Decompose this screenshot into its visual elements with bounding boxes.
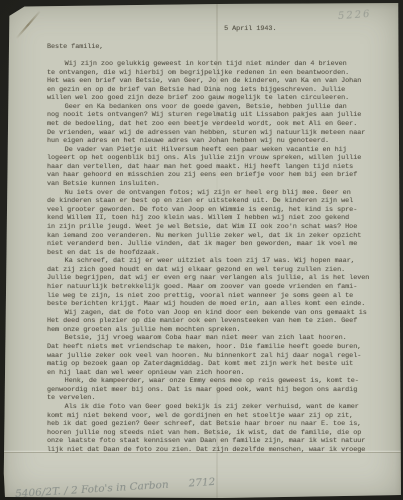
- letter-content: 5 April 1943. Beste familie, Wij zijn zo…: [47, 25, 369, 455]
- letter-line: kan iemand zoo veranderen. Nu merken jul…: [47, 232, 369, 241]
- letter-line: kend Willem II, toen hij zoo klein was. …: [47, 214, 369, 223]
- paragraph: Henk, de kampeerder, waar onze Emmy eens…: [47, 377, 369, 403]
- letter-line: en hij laat dan wel weer opnieuw van zic…: [47, 369, 369, 378]
- letter-line: hem onze groeten als jullie hem mochten …: [47, 326, 369, 335]
- paragraph: Wij zijn zoo gelukkig geweest in korten …: [47, 60, 369, 103]
- letter-line: De vrienden, waar wij de adressen van he…: [47, 129, 369, 138]
- archive-number-annotation: 5226: [337, 9, 371, 22]
- letter-line: hier natuurlijk betrekkelijk goed. Maar …: [47, 283, 369, 292]
- letter-line: beste berichten krijgt. Maar wij houden …: [47, 300, 369, 309]
- letter-line: nog nooit iets ontvangen? Wij sturen reg…: [47, 111, 369, 120]
- paragraph: Als ik die foto van Geer goed bekijk is …: [47, 403, 369, 454]
- letter-line: De vader van Pietje uit Hilversum heeft …: [47, 146, 369, 155]
- letter-line: te ontvangen, die wij hierbij om begrijp…: [47, 69, 369, 78]
- letter-line: Wij zagen, dat de foto van Joop en kind …: [47, 309, 369, 318]
- letter-line: heb ik dat goed gezien? Geer schreef, da…: [47, 420, 369, 429]
- letter-line: niet veranderd ben. Jullie vinden, dat i…: [47, 240, 369, 249]
- corner-crease: [15, 11, 40, 39]
- letter-line: te vervelen.: [47, 394, 369, 403]
- letter-line: logeert op het oogenblik bij ons. Als ju…: [47, 154, 369, 163]
- letter-line: Het deed ons plezier op die manier ook e…: [47, 317, 369, 326]
- photo-background: 5226 5 April 1943. Beste familie, Wij zi…: [0, 0, 403, 500]
- paragraph: De vader van Pietje uit Hilversum heeft …: [47, 146, 369, 189]
- letter-paper: 5226 5 April 1943. Beste familie, Wij zi…: [3, 3, 401, 498]
- paragraph: Geer en Ka bedanken ons voor de goede ga…: [47, 103, 369, 146]
- letter-line: haar dan vertellen, dat haar man het goe…: [47, 163, 369, 172]
- letter-line: de kinderen staan er best op en zien er …: [47, 197, 369, 206]
- letter-line: lijk niet dat Daan de foto zou zien. Dat…: [47, 446, 369, 455]
- paragraph: Ka schreef, dat zij er weer uitziet als …: [47, 257, 369, 308]
- letter-line: Ka schreef, dat zij er weer uitziet als …: [47, 257, 369, 266]
- letter-line: Henk, de kampeerder, waar onze Emmy eens…: [47, 377, 369, 386]
- letter-line: matig op bezoek gaan op Zaterdagmiddag. …: [47, 360, 369, 369]
- letter-line: van haar gehoord en misschien zou zij ee…: [47, 171, 369, 180]
- letter-date: 5 April 1943.: [224, 25, 369, 34]
- paragraph: Nu iets over de ontvangen fotos; wij zij…: [47, 189, 369, 258]
- letter-line: Betsie, jij vroeg waarom Coba haar man n…: [47, 334, 369, 343]
- letter-line: Nu iets over de ontvangen fotos; wij zij…: [47, 189, 369, 198]
- letter-line: dat zij zich goed houdt en dat wij elkaa…: [47, 266, 369, 275]
- letter-line: willen wel zoo goed zijn deze brief zoo …: [47, 94, 369, 103]
- letter-line: veel grooter geworden. De foto van Joop …: [47, 206, 369, 215]
- letter-line: genwoordig niet meer bij ons. Dat is maa…: [47, 386, 369, 395]
- letter-line: en gezin en op de brief van Betsie had D…: [47, 86, 369, 95]
- letter-line: hooren jullie nog steeds niet van hem. B…: [47, 429, 369, 438]
- letter-line: best en dat is de hoofdzaak.: [47, 249, 369, 258]
- paragraph: Betsie, jij vroeg waarom Coba haar man n…: [47, 334, 369, 377]
- letter-line: Het was een brief van Betsie, van Geer, …: [47, 77, 369, 86]
- letter-body: Wij zijn zoo gelukkig geweest in korten …: [47, 60, 369, 455]
- paragraph: Wij zagen, dat de foto van Joop en kind …: [47, 309, 369, 335]
- letter-line: Als ik die foto van Geer goed bekijk is …: [47, 403, 369, 412]
- letter-line: waar jullie zeker ook veel van hooren. N…: [47, 352, 369, 361]
- letter-line: Wij zijn zoo gelukkig geweest in korten …: [47, 60, 369, 69]
- letter-line: met de bedoeling, dat het zoo een beetje…: [47, 120, 369, 129]
- letter-line: lie weg te zijn, is niet zoo prettig, vo…: [47, 292, 369, 301]
- letter-line: onze laatste foto staat kennissen van Da…: [47, 437, 369, 446]
- letter-salutation: Beste familie,: [47, 43, 369, 52]
- letter-line: komt mij niet bekend voor, wel de gordij…: [47, 412, 369, 421]
- letter-line: Jullie begrijpen, dat wij er even erg na…: [47, 274, 369, 283]
- letter-line: Dat heeft niets met vriendschap te maken…: [47, 343, 369, 352]
- letter-line: hun eigen adres en het nieuwe adres van …: [47, 137, 369, 146]
- letter-line: in zijn prille jeugd. Weet je wel Betsie…: [47, 223, 369, 232]
- letter-line: Geer en Ka bedanken ons voor de goede ga…: [47, 103, 369, 112]
- letter-line: van Betsie kunnen insluiten.: [47, 180, 369, 189]
